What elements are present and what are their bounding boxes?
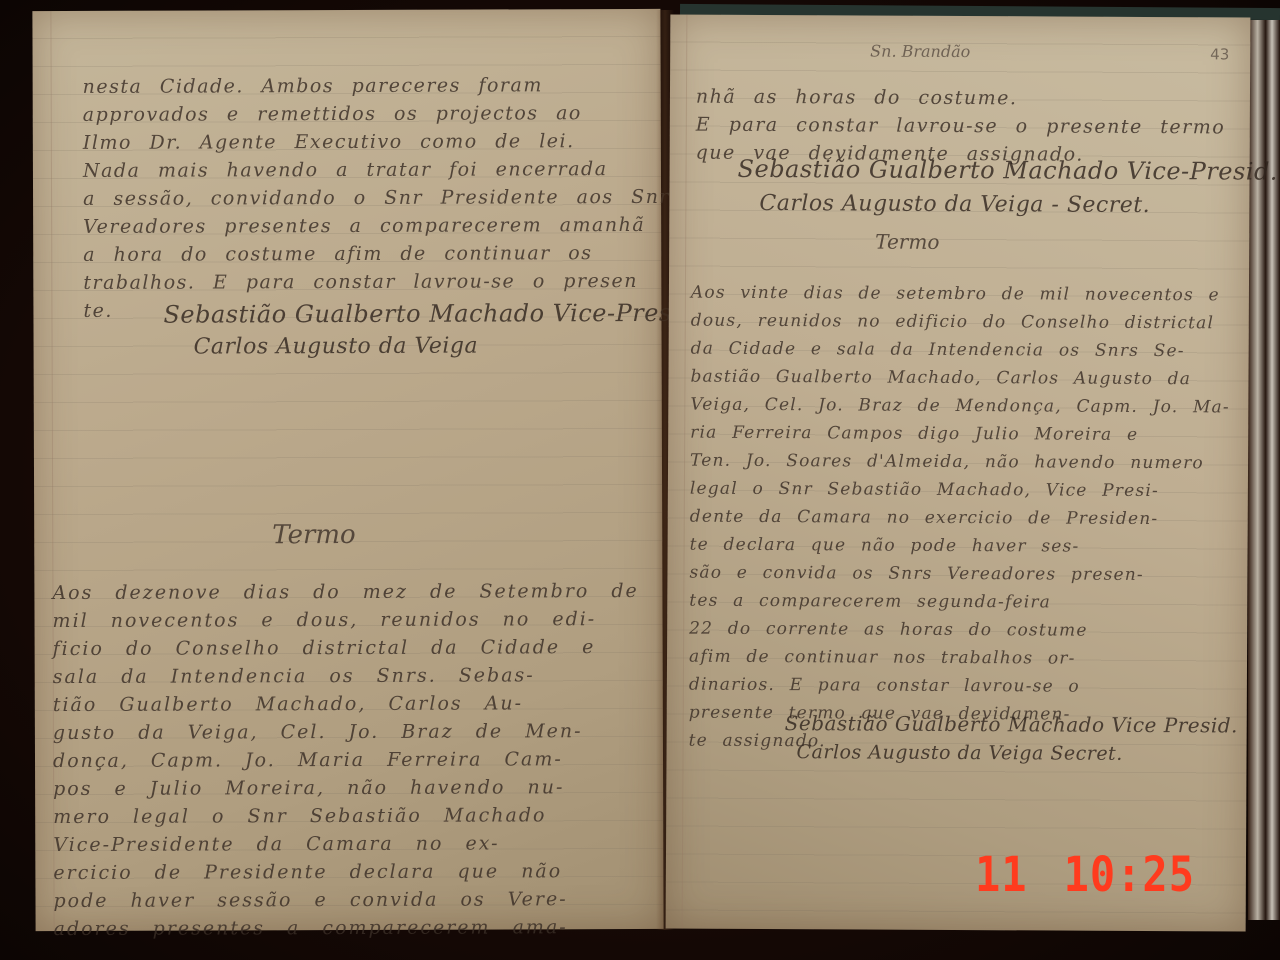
signature-secretary: Carlos Augusto da Veiga - Secret. bbox=[759, 191, 1150, 218]
text-line: Aos dezenove dias do mez de Setembro de bbox=[52, 577, 638, 607]
section-heading-termo: Termo bbox=[272, 520, 356, 550]
date-stamp-time: 10:25 bbox=[1064, 846, 1195, 902]
text-line: Ilmo Dr. Agente Executivo como de lei. bbox=[83, 127, 681, 157]
left-body-paragraph: Aos dezenove dias do mez de Setembro de … bbox=[52, 577, 640, 943]
text-line: mero legal o Snr Sebastião Machado bbox=[53, 801, 639, 831]
text-line: approvados e remettidos os projectos ao bbox=[83, 99, 681, 129]
signature-vice-president: Sebastião Gualberto Machado Vice-Presid. bbox=[163, 299, 704, 329]
text-line: donça, Capm. Jo. Maria Ferreira Cam- bbox=[53, 745, 639, 775]
text-line: E para constar lavrou-se o presente term… bbox=[696, 111, 1226, 142]
text-line: Vereadores presentes a comparecerem aman… bbox=[83, 211, 681, 241]
text-line: Nada mais havendo a tratar foi encerrada bbox=[83, 155, 681, 185]
right-page: Sn. Brandão 43 nhã as horas do costume. … bbox=[666, 14, 1251, 931]
text-line: dente da Camara no exercicio de Presiden… bbox=[690, 503, 1230, 534]
margin-rule bbox=[682, 15, 688, 929]
text-line: te declara que não pode haver ses- bbox=[690, 531, 1230, 562]
text-line: nhã as horas do costume. bbox=[696, 83, 1226, 114]
text-line: ficio do Conselho districtal da Cidade e bbox=[53, 633, 639, 663]
right-body-paragraph: Aos vinte dias de setembro de mil novece… bbox=[689, 279, 1231, 758]
section-heading-termo: Termo bbox=[875, 230, 939, 254]
text-line: tião Gualberto Machado, Carlos Au- bbox=[53, 689, 639, 719]
text-line: bastião Gualberto Machado, Carlos August… bbox=[690, 363, 1230, 394]
text-line: dous, reunidos no edificio do Conselho d… bbox=[691, 307, 1231, 338]
text-line: afim de continuar nos trabalhos or- bbox=[689, 643, 1229, 674]
text-line: legal o Snr Sebastião Machado, Vice Pres… bbox=[690, 475, 1230, 506]
signature-vice-president: Sebastião Gualberto Machado Vice-Presid. bbox=[738, 155, 1279, 186]
text-line: a hora do costume afim de continuar os bbox=[83, 239, 681, 269]
left-page: nesta Cidade. Ambos pareceres foram appr… bbox=[32, 9, 663, 931]
text-line: pos e Julio Moreira, não havendo nu- bbox=[53, 773, 639, 803]
text-line: 22 do corrente as horas do costume bbox=[689, 615, 1229, 646]
text-line: Ten. Jo. Soares d'Almeida, não havendo n… bbox=[690, 447, 1230, 478]
text-line: Vice-Presidente da Camara no ex- bbox=[53, 829, 639, 859]
left-top-paragraph: nesta Cidade. Ambos pareceres foram appr… bbox=[83, 71, 682, 325]
text-line: gusto da Veiga, Cel. Jo. Braz de Men- bbox=[53, 717, 639, 747]
text-line: mil novecentos e dous, reunidos no edi- bbox=[52, 605, 638, 635]
text-line: nesta Cidade. Ambos pareceres foram bbox=[83, 71, 681, 101]
text-line: são e convida os Snrs Vereadores presen- bbox=[689, 559, 1229, 590]
ledger-binding-edge bbox=[1248, 20, 1280, 920]
text-line: da Cidade e sala da Intendencia os Snrs … bbox=[691, 335, 1231, 366]
text-line: tes a comparecerem segunda-feira bbox=[689, 587, 1229, 618]
text-line: sala da Intendencia os Snrs. Sebas- bbox=[53, 661, 639, 691]
page-number: 43 bbox=[1210, 45, 1229, 63]
date-stamp-day: 11 bbox=[975, 846, 1028, 902]
text-line: Aos vinte dias de setembro de mil novece… bbox=[691, 279, 1231, 310]
text-line: ercicio de Presidente declara que não bbox=[53, 857, 639, 887]
text-line: ria Ferreira Campos digo Julio Moreira e bbox=[690, 419, 1230, 450]
text-line: Veiga, Cel. Jo. Braz de Mendonça, Capm. … bbox=[690, 391, 1230, 422]
text-line: a sessão, convidando o Snr Presidente ao… bbox=[83, 183, 681, 213]
page-header-note: Sn. Brandão bbox=[870, 42, 970, 62]
text-line: pode haver sessão e convida os Vere- bbox=[53, 885, 639, 915]
signature-secretary: Carlos Augusto da Veiga bbox=[194, 334, 479, 360]
signature-vice-president: Sebastião Gualberto Machado Vice Presid. bbox=[785, 711, 1238, 737]
text-line: adores presentes a comparecerem ama- bbox=[54, 913, 640, 943]
camera-date-stamp: 1110:25 bbox=[975, 846, 1195, 902]
text-line: dinarios. E para constar lavrou-se o bbox=[689, 671, 1229, 702]
text-line: trabalhos. E para constar lavrou-se o pr… bbox=[83, 267, 681, 297]
signature-secretary: Carlos Augusto da Veiga Secret. bbox=[796, 741, 1122, 765]
